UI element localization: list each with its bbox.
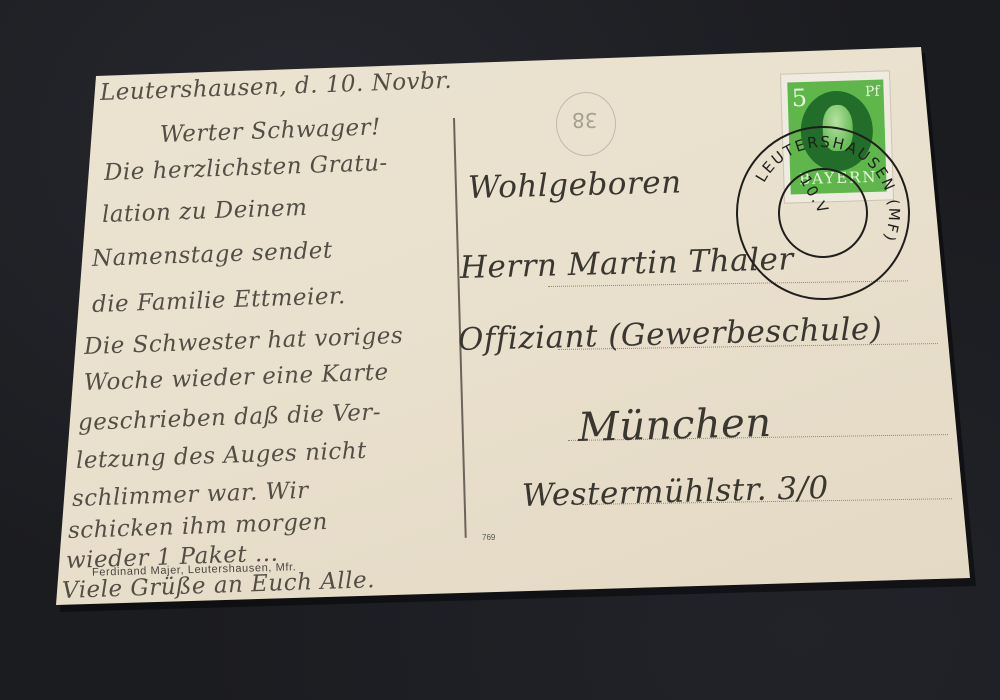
address-salutation: Wohlgeboren	[468, 164, 683, 206]
stamp-value: 5	[791, 84, 807, 112]
svg-text:LEUTERSHAUSEN (MF): LEUTERSHAUSEN (MF)	[751, 130, 905, 250]
card-number: 769	[482, 533, 495, 542]
postmark-cancellation: LEUTERSHAUSEN (MF) 10.V	[733, 123, 913, 303]
pencil-note: 38	[572, 108, 597, 132]
postcard: Leutershausen, d. 10. Novbr. Werter Schw…	[0, 0, 1000, 700]
postmark-place: LEUTERSHAUSEN (MF)	[751, 130, 905, 250]
stamp-unit: Pf	[865, 84, 880, 100]
address-city: München	[577, 400, 772, 451]
